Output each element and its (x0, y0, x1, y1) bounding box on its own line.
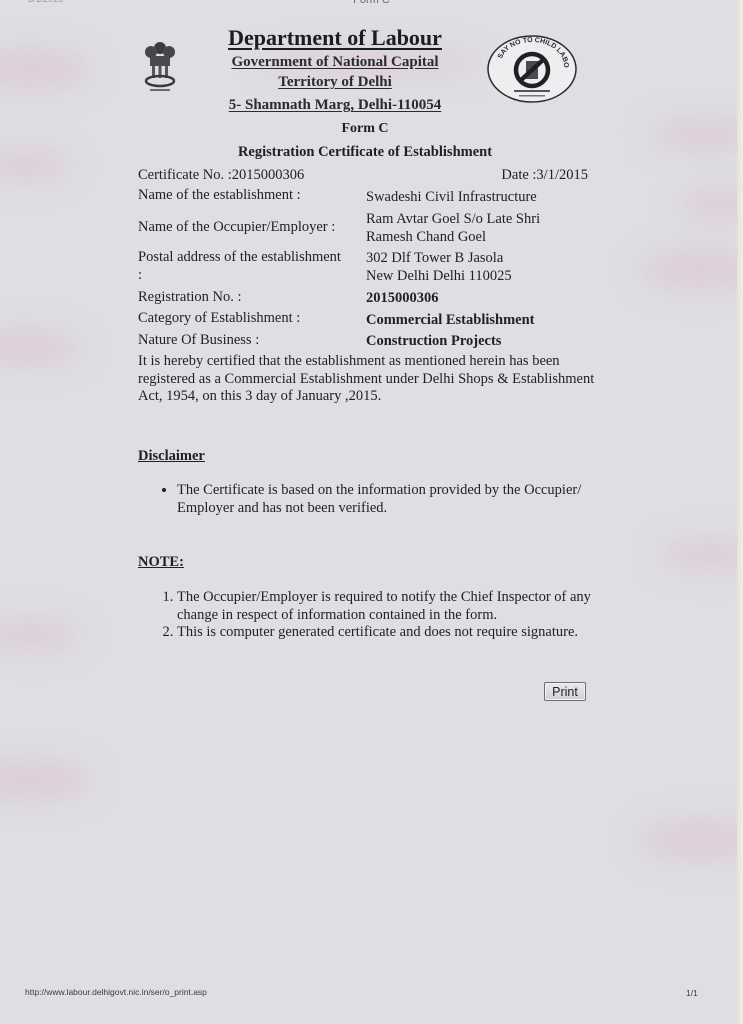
postal-address-value-line2: New Delhi Delhi 110025 (366, 268, 512, 285)
disclaimer-heading: Disclaimer (138, 448, 205, 465)
certificate-title: Registration Certificate of Establishmen… (130, 144, 600, 161)
establishment-name-label: Name of the establishment : (138, 187, 301, 204)
occupier-name-value-line1: Ram Avtar Goel S/o Late Shri (366, 211, 540, 228)
say-no-to-child-labour-logo-icon: SAY NO TO CHILD LABOUR (486, 34, 578, 104)
scan-streak (0, 760, 90, 800)
print-button[interactable]: Print (544, 682, 586, 701)
scan-streak (640, 820, 743, 860)
note-heading: NOTE: (138, 554, 184, 571)
form-name: Form C (130, 121, 600, 137)
occupier-name-label: Name of the Occupier/Employer : (138, 219, 335, 236)
certificate-number: Certificate No. :2015000306 (138, 167, 304, 184)
department-title: Department of Labour (190, 24, 480, 52)
paper-edge (737, 0, 743, 1024)
scan-streak (0, 150, 70, 180)
top-cut-title: Form C (0, 0, 743, 6)
postal-address-label-colon: : (138, 267, 142, 284)
scan-streak (0, 330, 80, 365)
disclaimer-list: The Certificate is based on the informat… (155, 482, 607, 517)
registration-number-value: 2015000306 (366, 290, 439, 307)
scan-streak (640, 250, 743, 290)
occupier-name-value-line2: Ramesh Chand Goel (366, 229, 486, 246)
national-emblem-icon (142, 36, 178, 94)
scan-streak (0, 620, 80, 650)
scan-streak (680, 190, 743, 220)
registration-number-label: Registration No. : (138, 289, 242, 306)
note-item: This is computer generated certificate a… (177, 624, 617, 642)
nature-of-business-value: Construction Projects (366, 333, 501, 350)
government-line-2: Territory of Delhi (190, 72, 480, 92)
certificate-date: Date :3/1/2015 (501, 167, 588, 184)
category-value: Commercial Establishment (366, 312, 535, 329)
scan-streak (650, 120, 743, 150)
certification-statement: It is hereby certified that the establis… (138, 353, 608, 406)
category-label: Category of Establishment : (138, 310, 300, 327)
note-item: The Occupier/Employer is required to not… (177, 589, 617, 624)
footer-page-number: 1/1 (686, 988, 698, 998)
department-address: 5- Shamnath Marg, Delhi-110054 (190, 94, 480, 116)
footer-url: http://www.labour.delhigovt.nic.in/ser/o… (25, 987, 207, 997)
scan-streak (0, 50, 90, 90)
establishment-name-value: Swadeshi Civil Infrastructure (366, 189, 537, 206)
letterhead: Department of Labour Government of Natio… (190, 24, 480, 116)
government-line-1: Government of National Capital (190, 52, 480, 72)
postal-address-label: Postal address of the establishment (138, 249, 341, 266)
scan-streak (660, 540, 743, 570)
disclaimer-item: The Certificate is based on the informat… (177, 482, 607, 517)
postal-address-value-line1: 302 Dlf Tower B Jasola (366, 250, 503, 267)
nature-of-business-label: Nature Of Business : (138, 332, 259, 349)
note-list: The Occupier/Employer is required to not… (155, 589, 617, 642)
